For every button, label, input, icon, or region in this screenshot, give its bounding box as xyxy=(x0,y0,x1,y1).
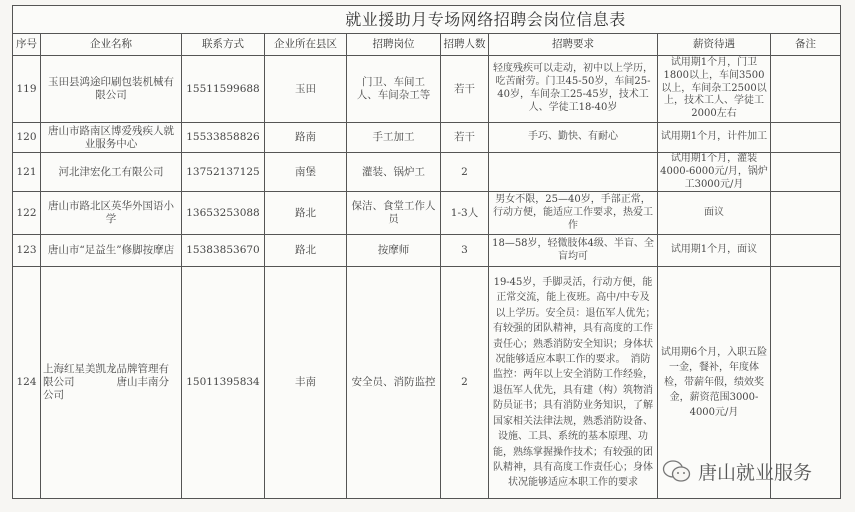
cell-requirements xyxy=(489,153,658,192)
cell-requirements: 19-45岁，手脚灵活，行动方便，能正常交流，能上夜班。高中/中专及以上学历。安… xyxy=(489,267,658,499)
table-row: 123 唐山市“足益生”修脚按摩店 15383853670 路北 按摩师 3 1… xyxy=(13,235,841,267)
cell-positions: 灌装、锅炉工 xyxy=(347,153,441,192)
cell-salary: 试用期1个月，计件加工 xyxy=(658,123,771,153)
cell-company: 唐山市“足益生”修脚按摩店 xyxy=(41,235,182,267)
cell-requirements: 18—58岁，轻微肢体4级、半盲、全盲均可 xyxy=(489,235,658,267)
cell-salary: 面议 xyxy=(658,192,771,235)
cell-requirements: 男女不限，25—40岁，手部正常，行动方便，能适应工作要求，热爱工作 xyxy=(489,192,658,235)
cell-phone: 13752137125 xyxy=(182,153,265,192)
cell-district: 路北 xyxy=(265,235,347,267)
cell-remarks xyxy=(771,267,841,499)
cell-salary: 试用期6个月，入职五险一金，餐补，年度体检，带薪年假，绩效奖金，薪资范围3000… xyxy=(658,267,771,499)
cell-count: 3 xyxy=(441,235,489,267)
cell-remarks xyxy=(771,192,841,235)
cell-requirements: 轻度残疾可以走动，初中以上学历，吃苦耐劳。门卫45-50岁，车间25-40岁，车… xyxy=(489,56,658,123)
cell-district: 玉田 xyxy=(265,56,347,123)
table-row: 121 河北津宏化工有限公司 13752137125 南堡 灌装、锅炉工 2 试… xyxy=(13,153,841,192)
cell-no: 121 xyxy=(13,153,41,192)
col-header-requirements: 招聘要求 xyxy=(489,34,658,56)
cell-phone: 15533858826 xyxy=(182,123,265,153)
cell-count: 2 xyxy=(441,153,489,192)
col-header-count: 招聘人数 xyxy=(441,34,489,56)
col-header-positions: 招聘岗位 xyxy=(347,34,441,56)
table-title: 就业援助月专场网络招聘会岗位信息表 xyxy=(13,6,841,34)
cell-requirements: 手巧、勤快、有耐心 xyxy=(489,123,658,153)
cell-district: 路北 xyxy=(265,192,347,235)
cell-positions: 保洁、食堂工作人员 xyxy=(347,192,441,235)
cell-district: 南堡 xyxy=(265,153,347,192)
cell-phone: 15383853670 xyxy=(182,235,265,267)
cell-remarks xyxy=(771,123,841,153)
col-header-phone: 联系方式 xyxy=(182,34,265,56)
cell-count: 若干 xyxy=(441,56,489,123)
cell-positions: 安全员、消防监控 xyxy=(347,267,441,499)
table-row: 122 唐山市路北区英华外国语小学 13653253088 路北 保洁、食堂工作… xyxy=(13,192,841,235)
cell-remarks xyxy=(771,153,841,192)
cell-positions: 按摩师 xyxy=(347,235,441,267)
table-row: 120 唐山市路南区博爱残疾人就业服务中心 15533858826 路南 手工加… xyxy=(13,123,841,153)
table-row: 119 玉田县鸿途印刷包装机械有限公司 15511599688 玉田 门卫、车间… xyxy=(13,56,841,123)
cell-company: 玉田县鸿途印刷包装机械有限公司 xyxy=(41,56,182,123)
col-header-district: 企业所在县区 xyxy=(265,34,347,56)
cell-remarks xyxy=(771,56,841,123)
cell-company: 上海红星美凯龙品牌管理有限公司 唐山丰南分公司 xyxy=(41,267,182,499)
cell-company: 唐山市路南区博爱残疾人就业服务中心 xyxy=(41,123,182,153)
cell-no: 124 xyxy=(13,267,41,499)
cell-positions: 手工加工 xyxy=(347,123,441,153)
cell-count: 2 xyxy=(441,267,489,499)
cell-no: 119 xyxy=(13,56,41,123)
col-header-company: 企业名称 xyxy=(41,34,182,56)
cell-phone: 13653253088 xyxy=(182,192,265,235)
cell-district: 路南 xyxy=(265,123,347,153)
cell-no: 122 xyxy=(13,192,41,235)
col-header-no: 序号 xyxy=(13,34,41,56)
cell-positions: 门卫、车间工人、车间杂工等 xyxy=(347,56,441,123)
col-header-salary: 薪资待遇 xyxy=(658,34,771,56)
table-row: 124 上海红星美凯龙品牌管理有限公司 唐山丰南分公司 15011395834 … xyxy=(13,267,841,499)
job-info-table: 就业援助月专场网络招聘会岗位信息表 序号 企业名称 联系方式 企业所在县区 招聘… xyxy=(12,5,841,499)
cell-no: 120 xyxy=(13,123,41,153)
cell-company: 唐山市路北区英华外国语小学 xyxy=(41,192,182,235)
cell-salary: 试用期1个月，面议 xyxy=(658,235,771,267)
cell-no: 123 xyxy=(13,235,41,267)
cell-district: 丰南 xyxy=(265,267,347,499)
cell-phone: 15011395834 xyxy=(182,267,265,499)
cell-phone: 15511599688 xyxy=(182,56,265,123)
cell-count: 1-3人 xyxy=(441,192,489,235)
cell-remarks xyxy=(771,235,841,267)
col-header-remarks: 备注 xyxy=(771,34,841,56)
cell-company: 河北津宏化工有限公司 xyxy=(41,153,182,192)
cell-salary: 试用期1个月，门卫1800以上，车间3500以上，车间杂工2500以上，技术工人… xyxy=(658,56,771,123)
header-row: 序号 企业名称 联系方式 企业所在县区 招聘岗位 招聘人数 招聘要求 薪资待遇 … xyxy=(13,34,841,56)
recruitment-table-sheet: 就业援助月专场网络招聘会岗位信息表 序号 企业名称 联系方式 企业所在县区 招聘… xyxy=(12,5,840,499)
cell-salary: 试用期1个月，灌装4000-6000元/月，锅炉工3000元/月 xyxy=(658,153,771,192)
cell-count: 若干 xyxy=(441,123,489,153)
